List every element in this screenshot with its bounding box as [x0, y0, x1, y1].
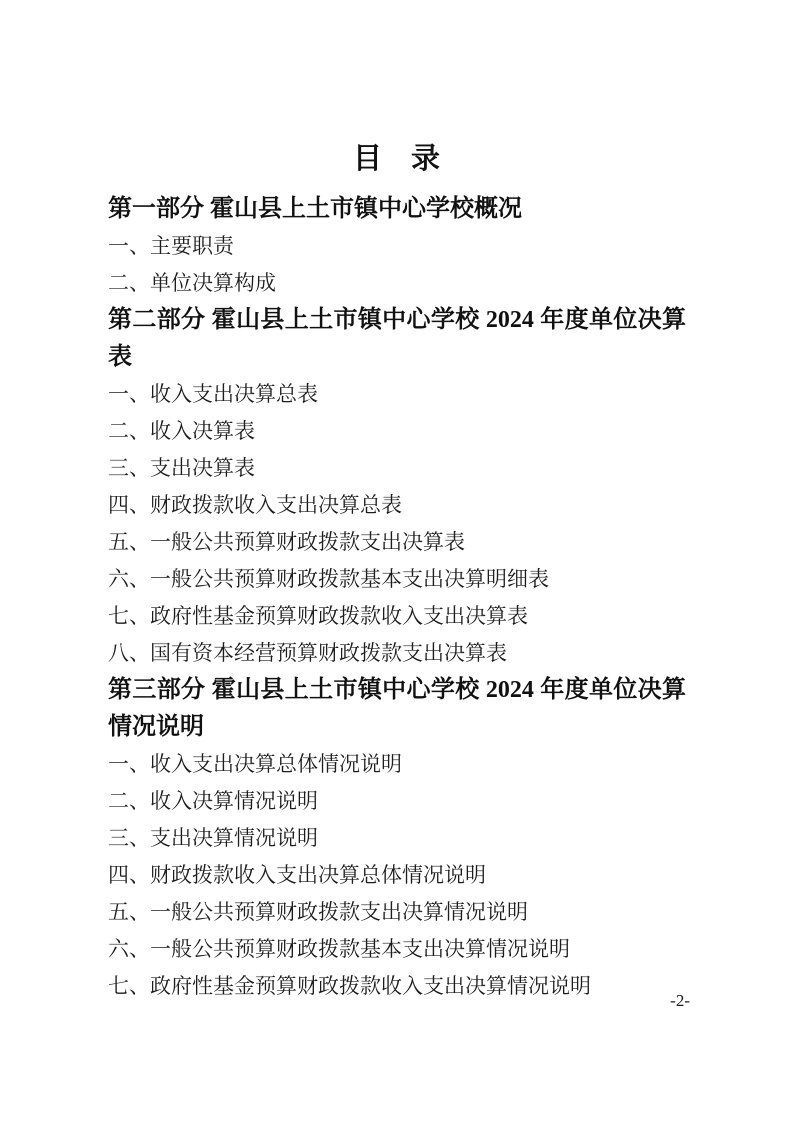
toc-part-3-heading: 第三部分 霍山县上土市镇中心学校 2024 年度单位决算情况说明 — [108, 672, 686, 746]
table-of-contents: 第一部分 霍山县上土市镇中心学校概况 一、主要职责 二、单位决算构成 第二部分 … — [108, 191, 686, 1005]
toc-part3-item-5: 五、一般公共预算财政拨款支出决算情况说明 — [108, 894, 686, 931]
toc-part2-item-6: 六、一般公共预算财政拨款基本支出决算明细表 — [108, 561, 686, 598]
toc-part-1-heading: 第一部分 霍山县上土市镇中心学校概况 — [108, 191, 686, 228]
toc-part1-item-1: 一、主要职责 — [108, 228, 686, 265]
toc-part-2-heading: 第二部分 霍山县上土市镇中心学校 2024 年度单位决算表 — [108, 302, 686, 376]
toc-part3-item-3: 三、支出决算情况说明 — [108, 820, 686, 857]
toc-part1-item-2: 二、单位决算构成 — [108, 265, 686, 302]
toc-part2-item-3: 三、支出决算表 — [108, 450, 686, 487]
toc-part3-item-1: 一、收入支出决算总体情况说明 — [108, 746, 686, 783]
page-number: -2- — [670, 989, 690, 1013]
toc-part3-item-4: 四、财政拨款收入支出决算总体情况说明 — [108, 857, 686, 894]
toc-part2-item-7: 七、政府性基金预算财政拨款收入支出决算表 — [108, 598, 686, 635]
toc-part2-item-8: 八、国有资本经营预算财政拨款支出决算表 — [108, 635, 686, 672]
toc-part3-item-2: 二、收入决算情况说明 — [108, 783, 686, 820]
toc-part2-item-4: 四、财政拨款收入支出决算总表 — [108, 487, 686, 524]
toc-part2-item-1: 一、收入支出决算总表 — [108, 376, 686, 413]
toc-part2-item-5: 五、一般公共预算财政拨款支出决算表 — [108, 524, 686, 561]
toc-part2-item-2: 二、收入决算表 — [108, 413, 686, 450]
toc-part3-item-6: 六、一般公共预算财政拨款基本支出决算情况说明 — [108, 931, 686, 968]
toc-part3-item-7: 七、政府性基金预算财政拨款收入支出决算情况说明 — [108, 968, 686, 1005]
page-title: 目 录 — [0, 138, 793, 180]
document-page: 目 录 第一部分 霍山县上土市镇中心学校概况 一、主要职责 二、单位决算构成 第… — [0, 0, 793, 1122]
